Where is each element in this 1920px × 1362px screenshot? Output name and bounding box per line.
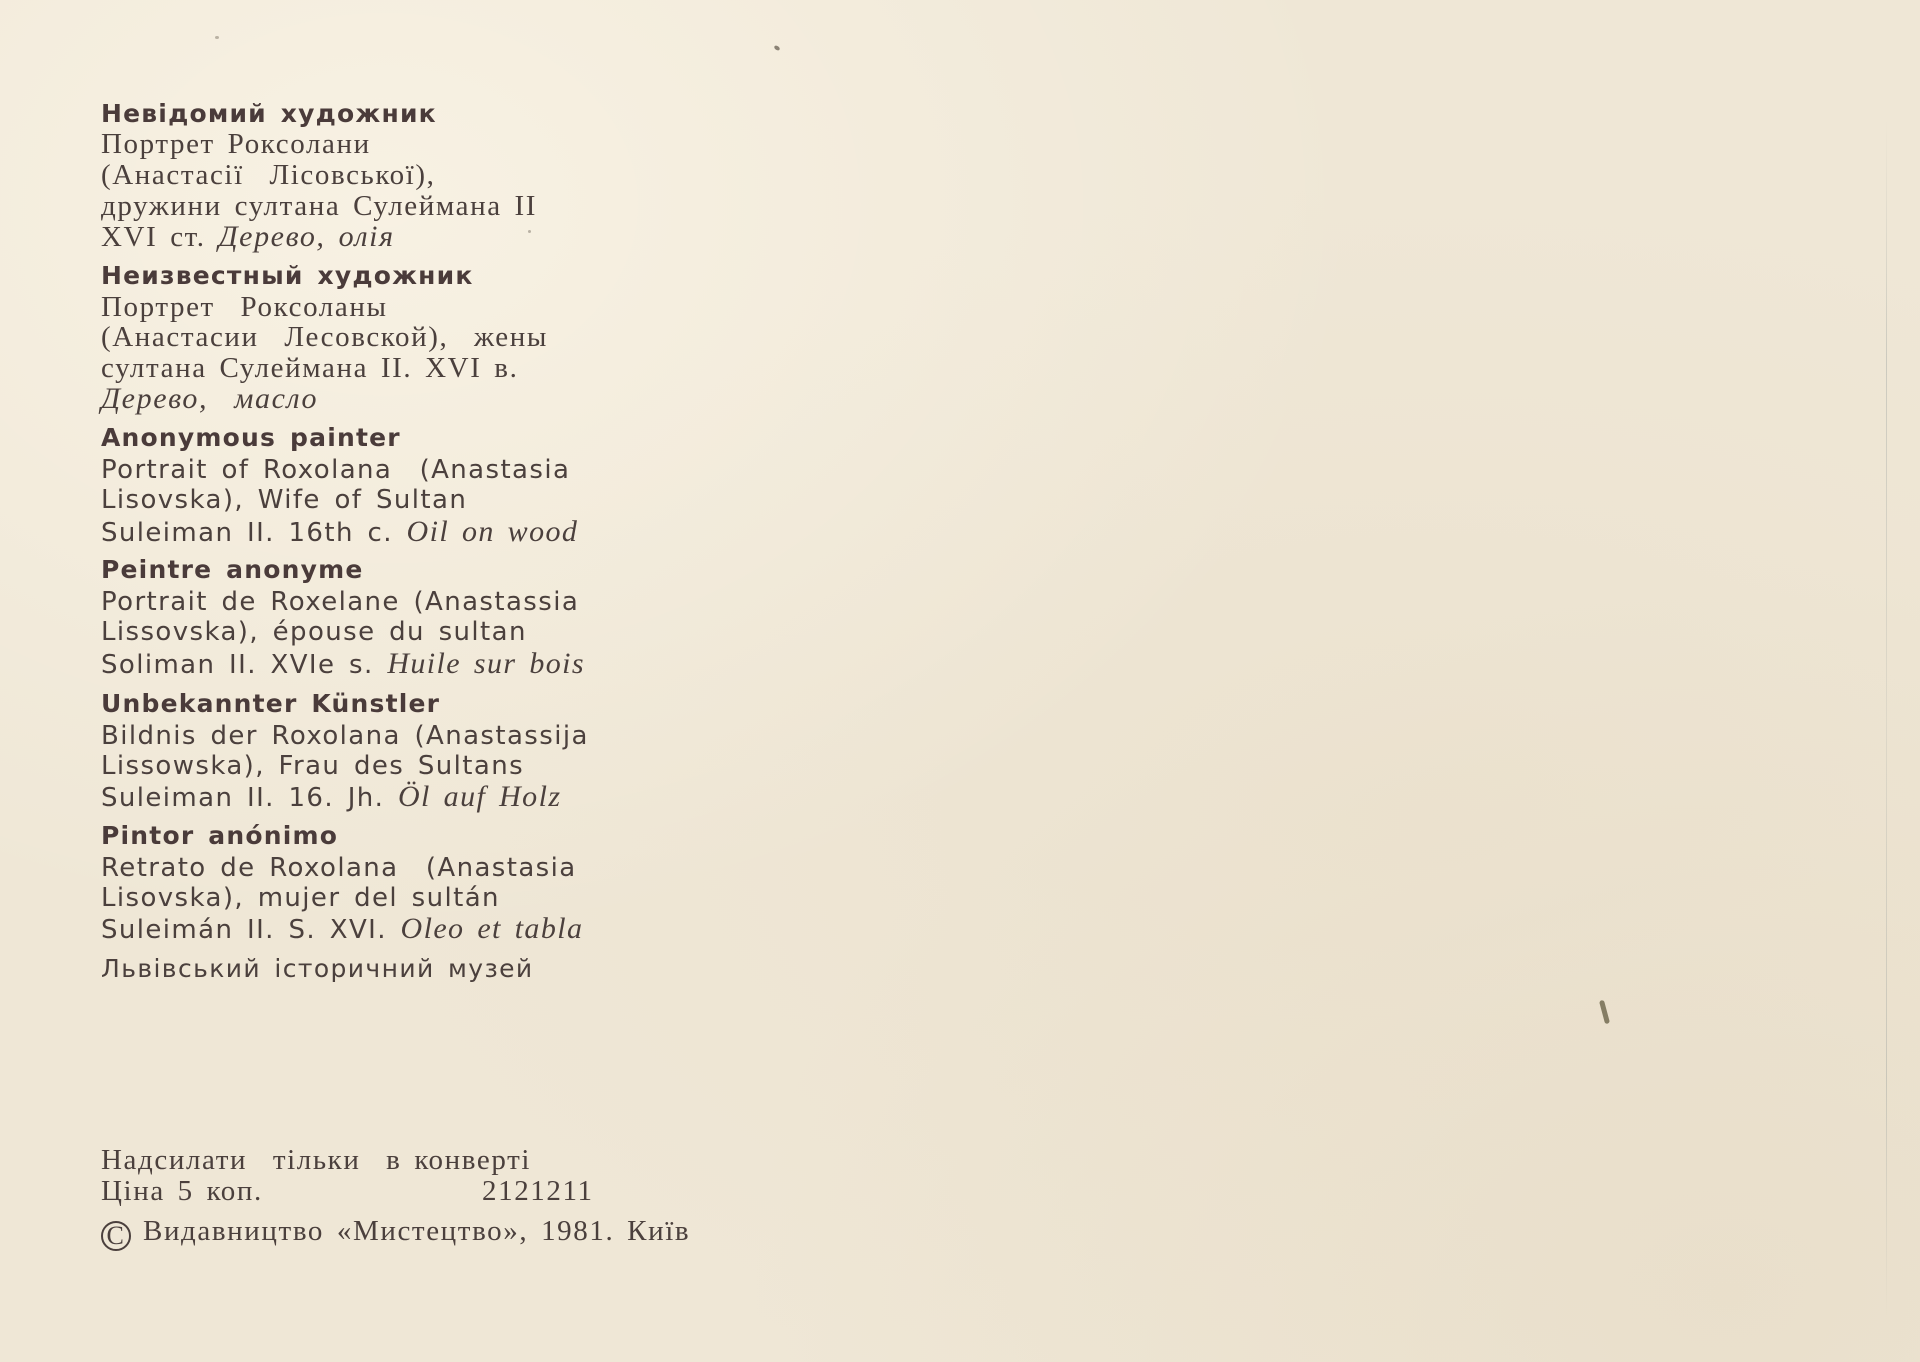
- caption-line: Lisovska), mujer del sultán: [101, 883, 500, 913]
- caption-line: Дерево, масло: [101, 384, 318, 414]
- medium-text: Дерево, олія: [218, 220, 394, 253]
- price: Ціна 5 коп.: [101, 1175, 263, 1207]
- medium-text: Huile sur bois: [387, 647, 585, 680]
- heading-uk: Невідомий художник: [101, 99, 437, 129]
- paper-mark: [1599, 1000, 1610, 1024]
- caption-text: Suleimán II. S. XVI.: [101, 915, 401, 945]
- publisher-line: CВидавництво «Мистецтво», 1981. Київ: [101, 1216, 690, 1251]
- caption-line: Lissovska), épouse du sultan: [101, 617, 527, 647]
- caption-text: Soliman II. XVIe s.: [101, 650, 387, 680]
- heading-en: Anonymous painter: [101, 423, 401, 453]
- medium-text: Oleo et tabla: [401, 912, 584, 945]
- heading-de: Unbekannter Künstler: [101, 689, 440, 719]
- caption-line: Portrait of Roxolana (Anastasia: [101, 455, 570, 485]
- price-line: Ціна 5 коп.: [101, 1176, 263, 1206]
- caption-line: Suleiman II. 16. Jh. Öl auf Holz: [101, 782, 561, 813]
- copyright-icon: C: [101, 1221, 131, 1251]
- caption-line: Soliman II. XVIe s. Huile sur bois: [101, 649, 585, 680]
- caption-line: Lisovska), Wife of Sultan: [101, 485, 467, 515]
- caption-line: дружини султана Сулеймана II: [101, 191, 537, 221]
- caption-line: (Анастасії Лісовської),: [101, 160, 435, 190]
- postcard-back: Невідомий художник Портрет Роксолани (Ан…: [0, 0, 1920, 1362]
- paper-speck: [528, 230, 531, 233]
- catalog-number: 2121211: [482, 1176, 594, 1206]
- medium-text: Дерево, масло: [101, 382, 318, 415]
- caption-line: XVI ст. Дерево, олія: [101, 222, 395, 252]
- caption-line: Portrait de Roxelane (Anastassia: [101, 587, 579, 617]
- paper-edge-shadow: [1886, 120, 1887, 1320]
- caption-line: Suleimán II. S. XVI. Oleo et tabla: [101, 914, 583, 945]
- paper-speck: [773, 45, 780, 52]
- heading-es: Pintor anónimo: [101, 821, 338, 851]
- mailing-note: Надсилати тільки в конверті: [101, 1145, 531, 1175]
- caption-line: Suleiman II. 16th c. Oil on wood: [101, 517, 578, 548]
- paper-speck: [215, 36, 219, 39]
- caption-line: Retrato de Roxolana (Anastasia: [101, 853, 577, 883]
- caption-line: султана Сулеймана II. XVI в.: [101, 353, 518, 383]
- caption-line: Lissowska), Frau des Sultans: [101, 751, 524, 781]
- caption-line: Портрет Роксолани: [101, 129, 371, 159]
- caption-line: Портрет Роксоланы: [101, 292, 388, 322]
- caption-line: Bildnis der Roxolana (Anastassija: [101, 721, 589, 751]
- caption-text: Suleiman II. 16. Jh.: [101, 783, 398, 813]
- medium-text: Oil on wood: [407, 515, 579, 548]
- caption-text: XVI ст.: [101, 221, 218, 253]
- caption-line: (Анастасии Лесовской), жены: [101, 322, 548, 352]
- caption-text: Suleiman II. 16th c.: [101, 518, 407, 548]
- publisher: Видавництво «Мистецтво», 1981. Київ: [143, 1215, 690, 1247]
- heading-ru: Неизвестный художник: [101, 261, 474, 291]
- medium-text: Öl auf Holz: [398, 780, 561, 813]
- heading-fr: Peintre anonyme: [101, 555, 364, 585]
- museum-name: Львівський історичний музей: [101, 954, 534, 984]
